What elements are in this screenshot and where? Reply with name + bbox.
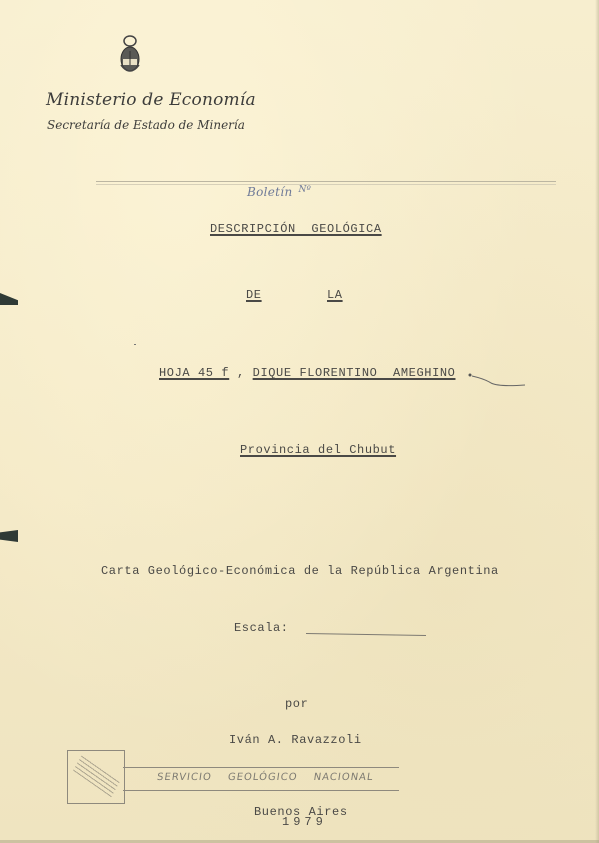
title-word-la: LA [327,288,343,302]
sheet-number: HOJA 45 f [159,366,229,380]
handwritten-number-mark: Nº [298,185,311,195]
title-line-description: DESCRIPCIÓN GEOLÓGICA [210,222,382,236]
page-edge-shadow [595,0,599,843]
handwritten-bulletin-label: Boletín [247,185,292,199]
sheet-name: DIQUE FLORENTINO AMEGHINO [253,366,456,380]
stamp-box [67,750,125,804]
stamp-text: SERVICIO GEOLÓGICO NACIONAL [156,772,374,783]
header-rule [96,181,556,182]
stamp-hatch-icon [72,755,120,799]
pen-mark-icon [467,371,527,391]
scale-blank-line [306,633,426,636]
series-title: Carta Geológico-Económica de la Repúblic… [101,564,499,578]
secretariat-name: Secretaría de Estado de Minería [47,118,245,132]
binding-hole-mark [0,530,18,542]
stamp-rule-bottom [123,790,399,791]
province-line: Provincia del Chubut [240,443,396,457]
sheet-separator: , [229,366,245,380]
header-rule-shadow [96,184,556,185]
handwritten-bulletin-note: BoletínNº [247,185,311,199]
title-word-de: DE [246,288,262,302]
argentine-coat-of-arms-icon [118,35,142,75]
title-sheet-line: HOJA 45 f , DIQUE FLORENTINO AMEGHINO [159,366,455,380]
author-name: Iván A. Ravazzoli [229,733,362,747]
scale-label: Escala: [234,621,289,635]
binding-hole-mark [0,293,18,305]
imprint-year: 1979 [282,815,327,829]
author-by: por [285,697,308,711]
ministry-name: Ministerio de Economía [46,90,256,110]
stamp-rule-top [123,767,399,768]
scanned-page: Ministerio de Economía Secretaría de Est… [0,0,599,843]
ink-speck [134,344,136,345]
